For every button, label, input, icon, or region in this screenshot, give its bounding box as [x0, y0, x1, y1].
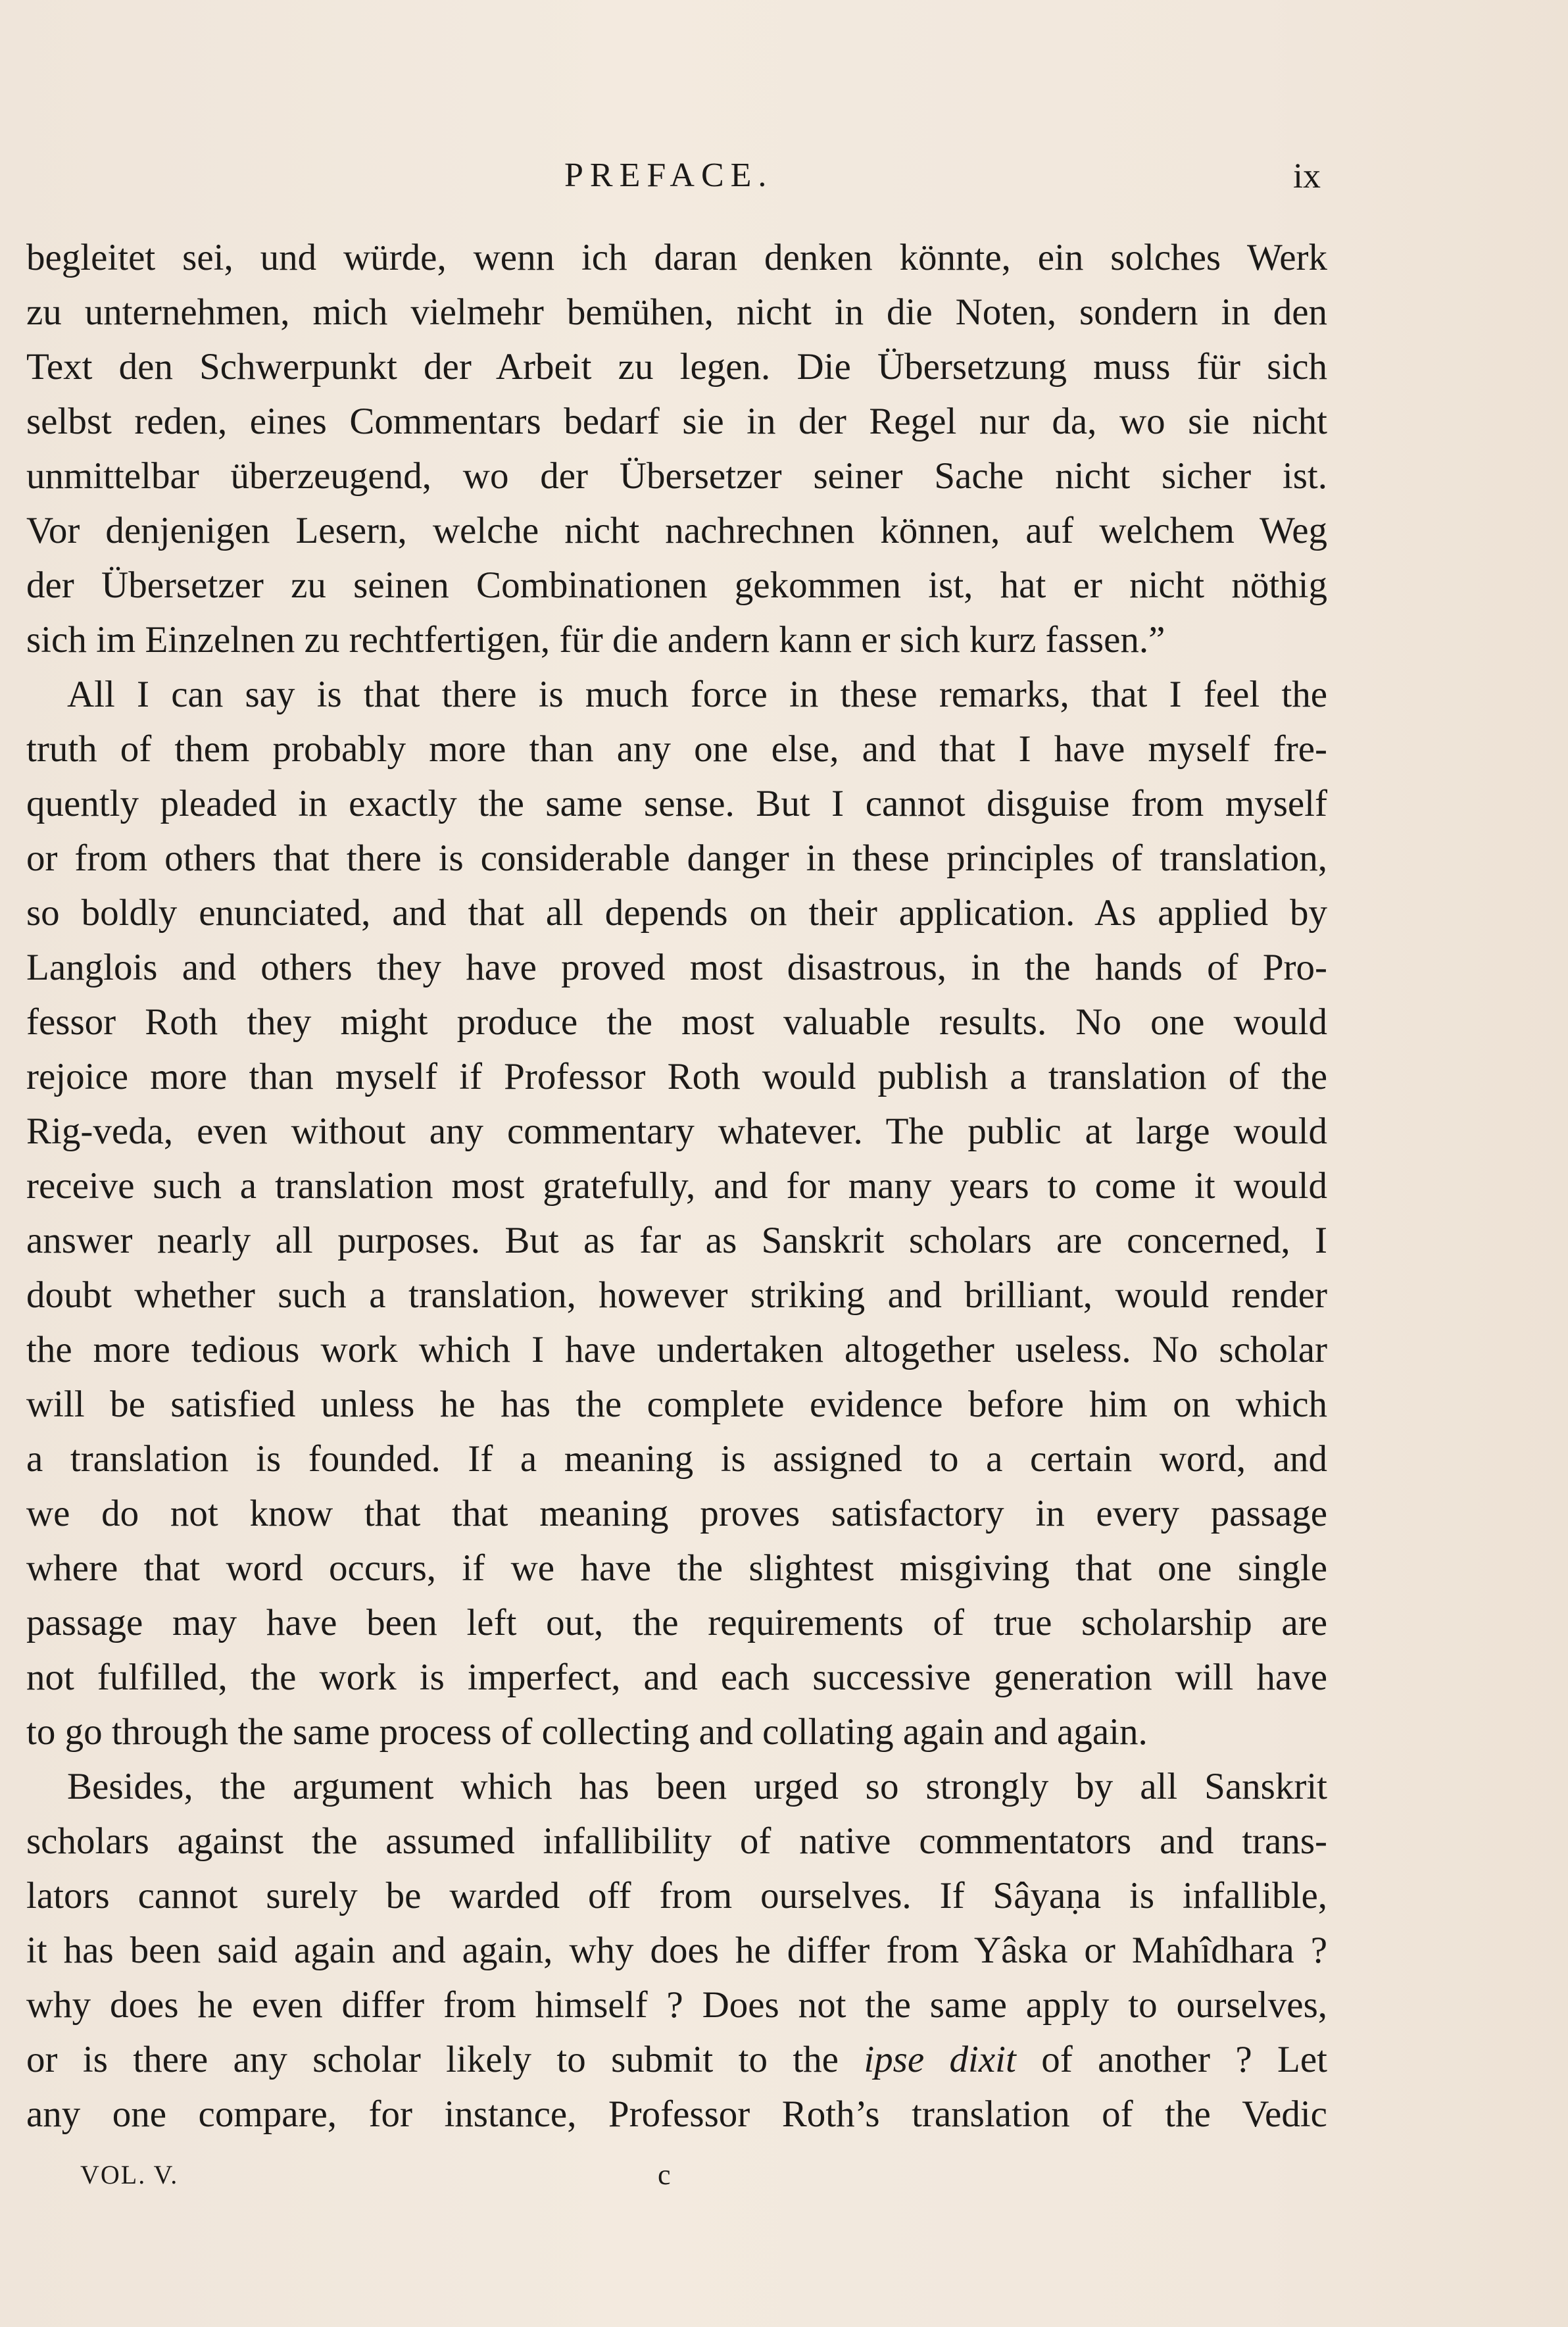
text-line: we do not know that that meaning proves … [26, 1486, 1327, 1541]
text-line: doubt whether such a translation, howeve… [26, 1268, 1327, 1322]
text-line: scholars against the assumed infallibili… [26, 1814, 1327, 1868]
text-line: not fulfilled, the work is imperfect, an… [26, 1650, 1327, 1705]
text-line: selbst reden, eines Commentars bedarf si… [26, 394, 1327, 449]
text-line: Rig-veda, even without any commentary wh… [26, 1104, 1327, 1159]
text-line: it has been said again and again, why do… [26, 1923, 1327, 1978]
text-line: or from others that there is considerabl… [26, 831, 1327, 886]
running-title: PREFACE. [564, 153, 773, 199]
text-line: truth of them probably more than any one… [26, 722, 1327, 776]
text-line: quently pleaded in exactly the same sens… [26, 776, 1327, 831]
text-line: receive such a translation most grateful… [26, 1159, 1327, 1213]
body-text: begleitet sei, und würde, wenn ich daran… [26, 230, 1327, 2141]
text-line: where that word occurs, if we have the s… [26, 1541, 1327, 1595]
text-line: passage may have been left out, the requ… [26, 1595, 1327, 1650]
text-line: rejoice more than myself if Professor Ro… [26, 1049, 1327, 1104]
text-segment: of another ? Let [1016, 2039, 1327, 2080]
text-line: der Übersetzer zu seinen Combinationen g… [26, 558, 1327, 613]
text-line: lators cannot surely be warded off from … [26, 1868, 1327, 1923]
text-line: a translation is founded. If a meaning i… [26, 1432, 1327, 1486]
text-line: unmittelbar überzeugend, wo der Übersetz… [26, 449, 1327, 503]
text-line: why does he even differ from himself ? D… [26, 1978, 1327, 2032]
italic-phrase: ipse dixit [864, 2039, 1016, 2080]
text-line-with-italic: or is there any scholar likely to submit… [26, 2032, 1327, 2087]
paragraph-start-line: All I can say is that there is much forc… [26, 667, 1327, 722]
text-line-quote-end: sich im Einzelnen zu rechtfertigen, für … [26, 613, 1327, 667]
text-line: so boldly enunciated, and that all depen… [26, 886, 1327, 940]
paragraph-end-line: to go through the same process of collec… [26, 1705, 1327, 1759]
text-line: begleitet sei, und würde, wenn ich daran… [26, 230, 1327, 285]
page-number: ix [1293, 153, 1321, 199]
paragraph-start-line: Besides, the argument which has been urg… [26, 1759, 1327, 1814]
text-line: Vor denjenigen Lesern, welche nicht nach… [26, 503, 1327, 558]
page-footer: VOL. V. c [0, 2155, 1568, 2195]
text-line: zu unternehmen, mich vielmehr bemühen, n… [26, 285, 1327, 339]
text-segment: or is there any scholar likely to submit… [26, 2039, 864, 2080]
text-line: Langlois and others they have proved mos… [26, 940, 1327, 995]
text-line: will be satisfied unless he has the comp… [26, 1377, 1327, 1432]
text-line: answer nearly all purposes. But as far a… [26, 1213, 1327, 1268]
text-line: any one compare, for instance, Professor… [26, 2087, 1327, 2141]
book-page: PREFACE. ix begleitet sei, und würde, we… [0, 0, 1568, 2327]
signature-mark: c [658, 2155, 671, 2195]
text-line: Text den Schwerpunkt der Arbeit zu legen… [26, 339, 1327, 394]
text-line: the more tedious work which I have under… [26, 1322, 1327, 1377]
volume-signature: VOL. V. [80, 2155, 178, 2195]
text-line: fessor Roth they might produce the most … [26, 995, 1327, 1049]
running-head: PREFACE. ix [0, 153, 1568, 199]
